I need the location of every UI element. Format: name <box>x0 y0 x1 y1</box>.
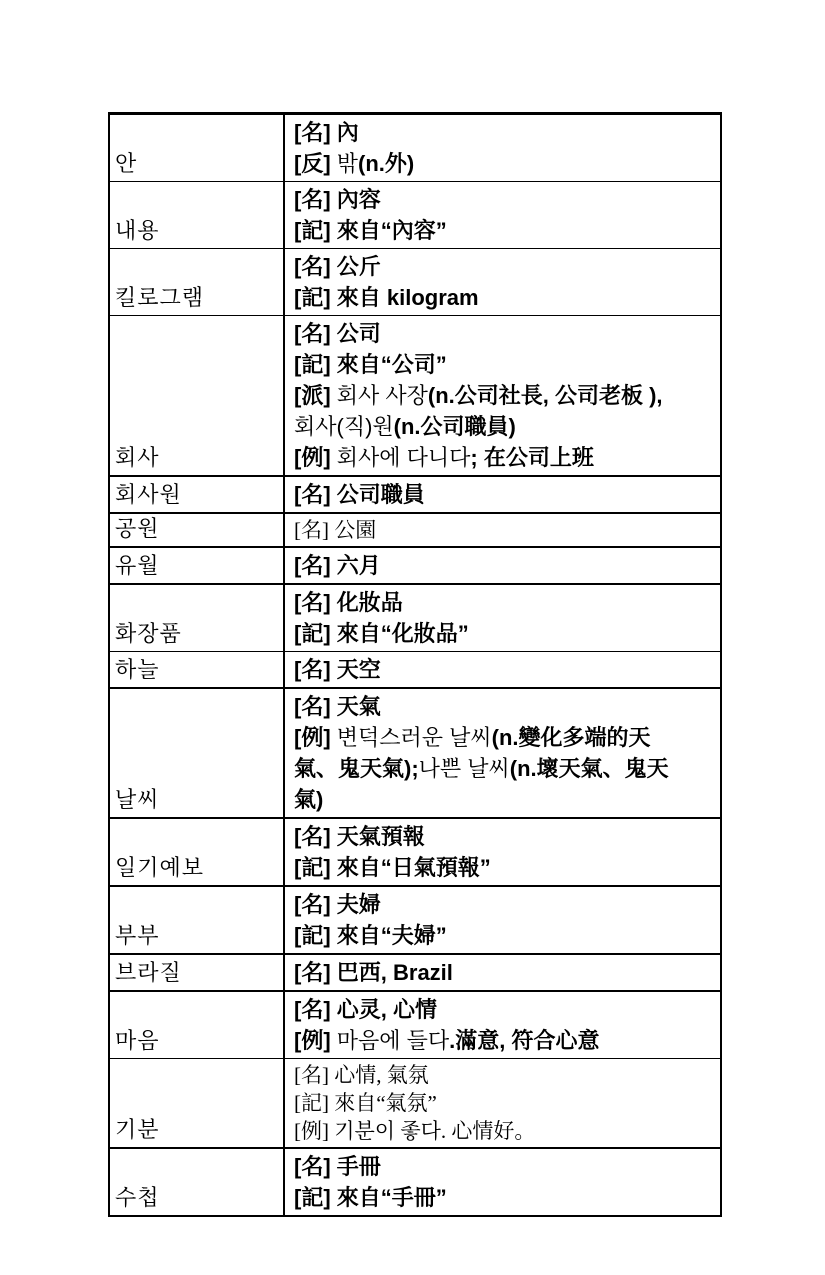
definition-line: [反] 밖(n.外) <box>294 148 714 179</box>
definition-segment: (n.變化多端的天 <box>492 725 651 750</box>
table-row: 부부[名] 夫婦[記] 來自“夫婦” <box>109 886 721 954</box>
definition-line: [名] 公司職員 <box>294 479 714 510</box>
pos-tag-segment: [例] <box>294 1028 337 1053</box>
definition-segment: 氣) <box>294 787 323 812</box>
definition-line: [名] 公司 <box>294 318 714 349</box>
definition-line: 회사(직)원(n.公司職員) <box>294 411 714 442</box>
definition-line: [名] 內 <box>294 117 714 148</box>
definition-line: [名] 手冊 <box>294 1151 714 1182</box>
headword-cell: 화장품 <box>109 584 284 652</box>
pos-tag-segment: [記] 來自“氣氛” <box>294 1091 437 1115</box>
definition-line: [名] 夫婦 <box>294 889 714 920</box>
pos-tag-segment: [名] 天氣 <box>294 694 381 719</box>
pos-tag-segment: [名] 夫婦 <box>294 892 381 917</box>
pos-tag-segment: [記] 來自“化妝品” <box>294 621 469 646</box>
definition-line: [名] 內容 <box>294 184 714 215</box>
headword: 기분 <box>115 1117 160 1142</box>
headword-cell: 수첩 <box>109 1148 284 1216</box>
pos-tag-segment: [名] 天空 <box>294 657 381 682</box>
pos-tag-segment: [名] 公園 <box>294 518 376 542</box>
headword: 화장품 <box>115 621 182 646</box>
pos-tag-segment: [名] 巴西, Brazil <box>294 960 453 985</box>
definition-line: [名] 天空 <box>294 654 714 685</box>
pos-tag-segment: [記] 來自“夫婦” <box>294 923 447 948</box>
pos-tag-segment: [名] 內 <box>294 120 359 145</box>
definition-segment: ; 在公司上班 <box>470 445 593 470</box>
definition-cell: [名] 天氣[例] 변덕스러운 날씨(n.變化多端的天氣、鬼天氣);나쁜 날씨(… <box>284 688 721 818</box>
definition-cell: [名] 巴西, Brazil <box>284 954 721 991</box>
pos-tag-segment: [名] 心情, 氣氛 <box>294 1063 429 1087</box>
definition-line: [名] 化妝品 <box>294 587 714 618</box>
pos-tag-segment: [例] <box>294 445 337 470</box>
definition-line: [記] 來自“公司” <box>294 349 714 380</box>
definition-segment: 마음에 들다 <box>337 1028 449 1053</box>
table-row: 기분[名] 心情, 氣氛[記] 來自“氣氛”[例] 기분이 좋다. 心情好。 <box>109 1059 721 1149</box>
headword: 브라질 <box>115 960 182 985</box>
table-row: 안[名] 內[反] 밖(n.外) <box>109 114 721 182</box>
table-row: 킬로그램[名] 公斤[記] 來自 kilogram <box>109 249 721 316</box>
definition-segment: 회사(직)원 <box>294 414 394 439</box>
pos-tag-segment: [記] 來自“公司” <box>294 352 447 377</box>
pos-tag-segment: [名] 心灵, 心情 <box>294 997 437 1022</box>
definition-line: [名] 心情, 氣氛 <box>294 1061 714 1089</box>
headword-cell: 안 <box>109 114 284 182</box>
definition-segment: (n.公司職員) <box>394 414 516 439</box>
headword: 날씨 <box>115 787 160 812</box>
pos-tag-segment: [名] 手冊 <box>294 1154 381 1179</box>
definition-line: [記] 來自“化妝品” <box>294 618 714 649</box>
definition-segment: 나쁜 날씨 <box>419 756 510 781</box>
definition-segment: 밖 <box>337 151 358 176</box>
definition-segment: .滿意, 符合心意 <box>449 1028 599 1053</box>
table-row: 화장품[名] 化妝品[記] 來自“化妝品” <box>109 584 721 652</box>
definition-cell: [名] 手冊[記] 來自“手冊” <box>284 1148 721 1216</box>
definition-cell: [名] 化妝品[記] 來自“化妝品” <box>284 584 721 652</box>
pos-tag-segment: [名] 公司 <box>294 321 381 346</box>
document-page: 안[名] 內[反] 밖(n.外)내용[名] 內容[記] 來自“內容”킬로그램[名… <box>0 0 825 1275</box>
table-row: 날씨[名] 天氣[例] 변덕스러운 날씨(n.變化多端的天氣、鬼天氣);나쁜 날… <box>109 688 721 818</box>
table-row: 브라질[名] 巴西, Brazil <box>109 954 721 991</box>
definition-segment: 변덕스러운 날씨 <box>337 725 492 750</box>
definition-segment: 氣、鬼天氣); <box>294 756 419 781</box>
definition-segment: (n.公司社長, 公司老板 ), <box>428 383 663 408</box>
headword-cell: 부부 <box>109 886 284 954</box>
pos-tag-segment: [名] 內容 <box>294 187 381 212</box>
definition-line: [例] 마음에 들다.滿意, 符合心意 <box>294 1025 714 1056</box>
definition-line: 氣、鬼天氣);나쁜 날씨(n.壞天氣、鬼天 <box>294 753 714 784</box>
headword-cell: 일기예보 <box>109 818 284 886</box>
definition-cell: [名] 公司[記] 來自“公司”[派] 회사 사장(n.公司社長, 公司老板 )… <box>284 316 721 477</box>
table-row: 일기예보[名] 天氣預報[記] 來自“日氣預報” <box>109 818 721 886</box>
definition-cell: [名] 公斤[記] 來自 kilogram <box>284 249 721 316</box>
definition-line: [記] 來自“夫婦” <box>294 920 714 951</box>
definition-cell: [名] 內容[記] 來自“內容” <box>284 182 721 249</box>
pos-tag-segment: [記] 來自“內容” <box>294 218 447 243</box>
definition-cell: [名] 夫婦[記] 來自“夫婦” <box>284 886 721 954</box>
table-row: 회사원[名] 公司職員 <box>109 476 721 513</box>
pos-tag-segment: [記] 來自“手冊” <box>294 1185 447 1210</box>
pos-tag-segment: [例] 기분이 좋다. 心情好。 <box>294 1119 535 1143</box>
headword: 수첩 <box>115 1185 160 1210</box>
definition-line: [名] 心灵, 心情 <box>294 994 714 1025</box>
definition-cell: [名] 公司職員 <box>284 476 721 513</box>
vocab-table-body: 안[名] 內[反] 밖(n.外)내용[名] 內容[記] 來自“內容”킬로그램[名… <box>109 114 721 1217</box>
pos-tag-segment: [派] <box>294 383 337 408</box>
table-row: 공원[名] 公園 <box>109 513 721 547</box>
table-row: 유월[名] 六月 <box>109 547 721 584</box>
table-row: 마음[名] 心灵, 心情[例] 마음에 들다.滿意, 符合心意 <box>109 991 721 1059</box>
headword: 마음 <box>115 1028 160 1053</box>
headword-cell: 회사 <box>109 316 284 477</box>
table-row: 회사[名] 公司[記] 來自“公司”[派] 회사 사장(n.公司社長, 公司老板… <box>109 316 721 477</box>
definition-line: 氣) <box>294 784 714 815</box>
pos-tag-segment: [反] <box>294 151 337 176</box>
headword-cell: 하늘 <box>109 652 284 689</box>
definition-line: [例] 변덕스러운 날씨(n.變化多端的天 <box>294 722 714 753</box>
definition-line: [派] 회사 사장(n.公司社長, 公司老板 ), <box>294 380 714 411</box>
definition-line: [記] 來自 kilogram <box>294 282 714 313</box>
headword: 공원 <box>115 516 160 541</box>
definition-segment: (n.壞天氣、鬼天 <box>510 756 669 781</box>
definition-line: [記] 來自“內容” <box>294 215 714 246</box>
definition-line: [名] 六月 <box>294 550 714 581</box>
headword: 일기예보 <box>115 855 204 880</box>
definition-line: [名] 天氣 <box>294 691 714 722</box>
headword-cell: 날씨 <box>109 688 284 818</box>
definition-cell: [名] 天氣預報[記] 來自“日氣預報” <box>284 818 721 886</box>
headword-cell: 기분 <box>109 1059 284 1149</box>
definition-line: [記] 來自“手冊” <box>294 1182 714 1213</box>
pos-tag-segment: [例] <box>294 725 337 750</box>
headword: 부부 <box>115 923 160 948</box>
headword: 유월 <box>115 553 160 578</box>
definition-cell: [名] 內[反] 밖(n.外) <box>284 114 721 182</box>
headword: 안 <box>115 151 137 176</box>
definition-segment: 회사에 다니다 <box>337 445 471 470</box>
pos-tag-segment: [名] 化妝品 <box>294 590 403 615</box>
definition-segment: (n.外) <box>358 151 414 176</box>
table-row: 내용[名] 內容[記] 來自“內容” <box>109 182 721 249</box>
definition-line: [例] 기분이 좋다. 心情好。 <box>294 1117 714 1145</box>
pos-tag-segment: [記] 來自 kilogram <box>294 285 479 310</box>
headword-cell: 유월 <box>109 547 284 584</box>
headword-cell: 공원 <box>109 513 284 547</box>
definition-cell: [名] 公園 <box>284 513 721 547</box>
definition-line: [名] 巴西, Brazil <box>294 957 714 988</box>
definition-cell: [名] 心灵, 心情[例] 마음에 들다.滿意, 符合心意 <box>284 991 721 1059</box>
headword: 하늘 <box>115 657 160 682</box>
headword-cell: 브라질 <box>109 954 284 991</box>
definition-line: [名] 公斤 <box>294 251 714 282</box>
headword-cell: 내용 <box>109 182 284 249</box>
headword: 내용 <box>115 218 160 243</box>
pos-tag-segment: [名] 六月 <box>294 553 381 578</box>
definition-line: [記] 來自“氣氛” <box>294 1089 714 1117</box>
table-row: 하늘[名] 天空 <box>109 652 721 689</box>
definition-segment: 회사 사장 <box>337 383 428 408</box>
definition-cell: [名] 六月 <box>284 547 721 584</box>
headword: 킬로그램 <box>115 285 204 310</box>
headword: 회사 <box>115 445 160 470</box>
table-row: 수첩[名] 手冊[記] 來自“手冊” <box>109 1148 721 1216</box>
definition-line: [名] 公園 <box>294 516 714 544</box>
pos-tag-segment: [名] 天氣預報 <box>294 824 425 849</box>
pos-tag-segment: [名] 公司職員 <box>294 482 425 507</box>
headword-cell: 마음 <box>109 991 284 1059</box>
vocab-table: 안[名] 內[反] 밖(n.外)내용[名] 內容[記] 來自“內容”킬로그램[名… <box>108 112 722 1217</box>
definition-line: [名] 天氣預報 <box>294 821 714 852</box>
headword: 회사원 <box>115 482 182 507</box>
headword-cell: 회사원 <box>109 476 284 513</box>
definition-cell: [名] 天空 <box>284 652 721 689</box>
definition-line: [例] 회사에 다니다; 在公司上班 <box>294 442 714 473</box>
pos-tag-segment: [名] 公斤 <box>294 254 381 279</box>
headword-cell: 킬로그램 <box>109 249 284 316</box>
pos-tag-segment: [記] 來自“日氣預報” <box>294 855 491 880</box>
definition-line: [記] 來自“日氣預報” <box>294 852 714 883</box>
definition-cell: [名] 心情, 氣氛[記] 來自“氣氛”[例] 기분이 좋다. 心情好。 <box>284 1059 721 1149</box>
